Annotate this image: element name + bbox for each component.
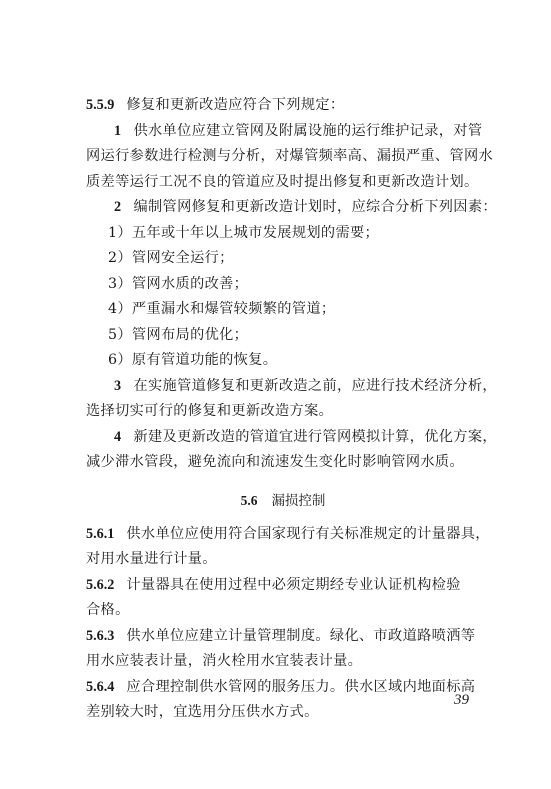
item-3-line-1: 3在实施管道修复和更新改造之前，应进行技术经济分析， [86,374,480,400]
clause-5-6-4-line-1: 5.6.4应合理控制供水管网的服务压力。供水区域内地面标高 [86,675,480,701]
document-page: 5.5.9修复和更新改造应符合下列规定： 1供水单位应建立管网及附属设施的运行维… [86,93,480,726]
clause-number: 5.6.4 [86,679,114,695]
section-title: 漏损控制 [271,493,325,509]
item-4-line-2: 减少滞水管段，避免流向和流速发生变化时影响管网水质。 [86,450,480,476]
clause-5-6-3-line-1: 5.6.3供水单位应建立计量管理制度。绿化、市政道路喷洒等 [86,624,480,650]
item-number: 1 [114,123,121,139]
item-1-line-3: 质差等运行工况不良的管道应及时提出修复和更新改造计划。 [86,170,480,196]
item-text: 供水单位应建立管网及附属设施的运行维护记录，对管 [133,123,482,139]
page-number: 39 [454,692,469,709]
section-heading: 5.6漏损控制 [86,482,480,520]
item-3-line-2: 选择切实可行的修复和更新改造方案。 [86,399,480,425]
factor-6: 6）原有管道功能的恢复。 [86,348,480,374]
factor-2: 2）管网安全运行； [86,246,480,272]
clause-number: 5.6.1 [86,526,114,542]
clause-5-6-4-line-2: 差别较大时，宜选用分压供水方式。 [86,700,480,726]
section-number: 5.6 [241,493,258,508]
factor-1: 1）五年或十年以上城市发展规划的需要； [86,221,480,247]
clause-5-6-2-line-2: 合格。 [86,598,480,624]
item-number: 3 [114,378,121,394]
clause-5-5-9: 5.5.9修复和更新改造应符合下列规定： [86,93,480,119]
item-2-line-1: 2编制管网修复和更新改造计划时，应综合分析下列因素： [86,195,480,221]
clause-number: 5.6.2 [86,577,114,593]
clause-text: 计量器具在使用过程中必须定期经专业认证机构检验 [126,577,460,593]
item-1-line-2: 网运行参数进行检测与分析，对爆管频率高、漏损严重、管网水 [86,144,480,170]
clause-text: 供水单位应使用符合国家现行有关标准规定的计量器具， [126,526,489,542]
factor-4: 4）严重漏水和爆管较频繁的管道； [86,297,480,323]
item-1-line-1: 1供水单位应建立管网及附属设施的运行维护记录，对管 [86,119,480,145]
clause-5-6-1-line-1: 5.6.1供水单位应使用符合国家现行有关标准规定的计量器具， [86,522,480,548]
item-4-line-1: 4新建及更新改造的管道宜进行管网模拟计算，优化方案， [86,425,480,451]
clause-number: 5.5.9 [86,97,114,113]
clause-5-6-1-line-2: 对用水量进行计量。 [86,547,480,573]
factor-3: 3）管网水质的改善； [86,272,480,298]
clause-number: 5.6.3 [86,628,114,644]
clause-text: 应合理控制供水管网的服务压力。供水区域内地面标高 [126,679,475,695]
clause-5-6-2-line-1: 5.6.2计量器具在使用过程中必须定期经专业认证机构检验 [86,573,480,599]
clause-text: 供水单位应建立计量管理制度。绿化、市政道路喷洒等 [126,628,475,644]
item-text: 新建及更新改造的管道宜进行管网模拟计算，优化方案， [133,429,496,445]
factor-5: 5）管网布局的优化； [86,323,480,349]
item-text: 在实施管道修复和更新改造之前，应进行技术经济分析， [133,378,496,394]
item-number: 4 [114,429,121,445]
item-text: 编制管网修复和更新改造计划时，应综合分析下列因素： [133,199,496,215]
clause-text: 修复和更新改造应符合下列规定： [126,97,344,113]
item-number: 2 [114,199,121,215]
clause-5-6-3-line-2: 用水应装表计量，消火栓用水宜装表计量。 [86,649,480,675]
